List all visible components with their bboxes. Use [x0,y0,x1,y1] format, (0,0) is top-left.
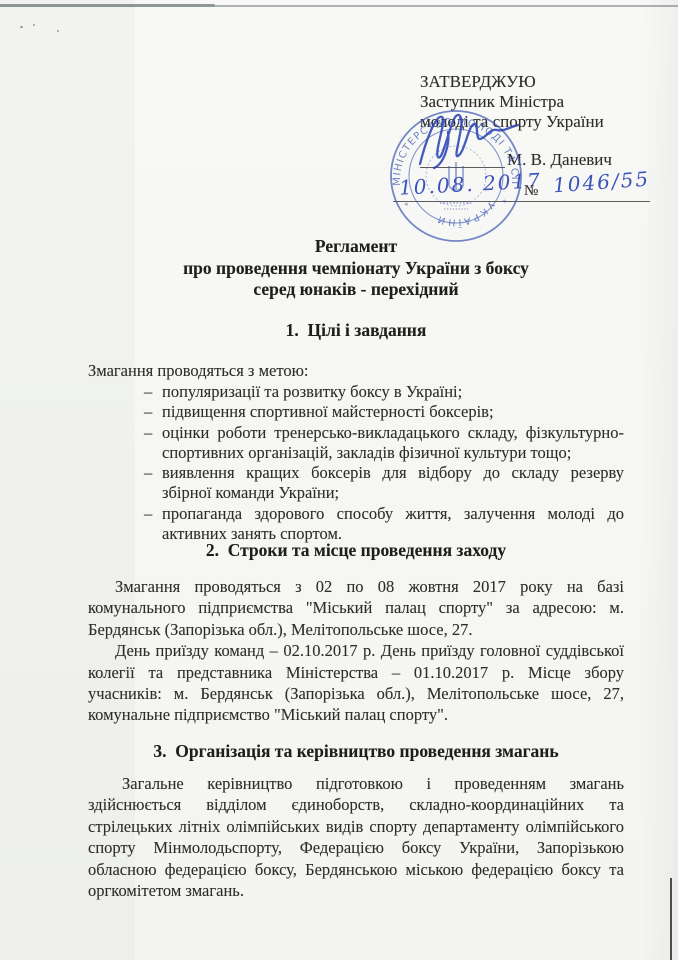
handwritten-document-number: 1046/55 [552,167,651,198]
scan-shadow-right [638,0,678,960]
signature [408,104,523,178]
bullet-dash: – [144,382,152,402]
title-line2: про проведення чемпіонату України з бокс… [88,258,624,280]
section-1-heading: 1. Цілі і завдання [88,320,624,341]
goal-item: –оцінки роботи тренерсько-викладацького … [88,423,624,464]
section-2-body: Змагання проводяться з 02 по 08 жовтня 2… [88,576,624,726]
section-2-heading: 2. Строки та місце проведення заходу [88,540,624,561]
goal-text: виявлення кращих боксерів для відбору до… [162,463,624,502]
document-number-sign: № [524,183,538,200]
bullet-dash: – [144,423,152,443]
section-1-intro: Змагання проводяться з метою: [88,360,624,381]
paragraph: Загальне керівництво підготовкою і прове… [88,773,624,901]
document-page: ЗАТВЕРДЖУЮ Заступник Міністра молоді та … [0,0,678,960]
goal-text: популяризації та розвитку боксу в Україн… [162,382,462,401]
paragraph: День приїзду команд – 02.10.2017 р. День… [88,640,624,726]
goal-item: –популяризації та розвитку боксу в Украї… [88,382,624,402]
bullet-dash: – [144,504,152,524]
stamp-star-icon: * [502,198,507,208]
section-3-heading: 3. Організація та керівництво проведення… [88,741,624,762]
stamp-star-icon: * [404,201,409,211]
goal-item: –виявлення кращих боксерів для відбору д… [88,463,624,504]
goal-text: пропаганда здорового способу життя, залу… [162,504,624,543]
goal-item: –підвищення спортивної майстерності бокс… [88,402,624,422]
goals-list: –популяризації та розвитку боксу в Украї… [88,382,624,544]
scan-speck [57,30,59,32]
title-line3: серед юнаків - перехідний [88,279,624,301]
scan-speck [20,26,23,28]
bullet-dash: – [144,463,152,483]
approval-label: ЗАТВЕРДЖУЮ [420,72,536,92]
paragraph: Змагання проводяться з 02 по 08 жовтня 2… [88,576,624,640]
goal-text: оцінки роботи тренерсько-викладацького с… [162,423,624,462]
goal-text: підвищення спортивної майстерності боксе… [162,402,494,421]
scan-edge-right [670,878,672,960]
bullet-dash: – [144,402,152,422]
document-title: Регламент про проведення чемпіонату Укра… [88,236,624,301]
scan-speck [33,24,35,26]
title-line1: Регламент [88,236,624,258]
section-3-body: Загальне керівництво підготовкою і прове… [88,773,624,901]
goal-item: –пропаганда здорового способу життя, зал… [88,504,624,545]
